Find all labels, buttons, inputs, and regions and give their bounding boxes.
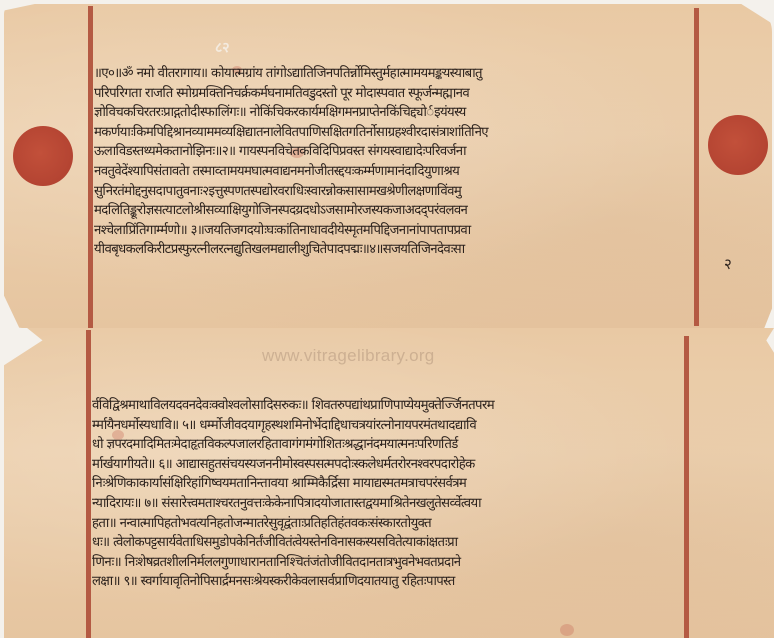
manuscript-text-top: ॥ए०॥ॐ नमो वीतरागाय॥ कोयात्मग्रांय तांगोऽ…	[94, 64, 690, 260]
page-number: २	[724, 254, 732, 274]
left-margin-rule-top	[88, 6, 93, 328]
decorative-circle-left	[13, 126, 73, 186]
text-line: धो ज्ञपरदमादिमितःमेदाहृतविकल्पजालरहितावा…	[92, 435, 682, 455]
text-line: मकर्णयाःकिमपिद्दिश्रानव्याममव्यक्षिद्यात…	[94, 123, 690, 143]
right-margin-rule-bottom	[684, 336, 689, 638]
left-margin-rule-bottom	[86, 330, 91, 638]
text-line: ॥ए०॥ॐ नमो वीतरागाय॥ कोयात्मग्रांय तांगोऽ…	[94, 64, 690, 84]
text-line: णिनः॥ निःशेषव्रतशीलनिर्मललगुणाधारानतानिश…	[92, 553, 682, 573]
text-line: ज्ञोविचकचिरतरःप्राद्गतोदीस्फालिंगः॥ नोकि…	[94, 103, 690, 123]
text-line: र्मार्खयागीयते॥ ६॥ आद्यासहुतसंचयस्यजननीम…	[92, 455, 682, 475]
right-margin-rule-top	[694, 8, 699, 326]
text-line: नश्चेलाप्रिंतिगार्म्मणो॥ ३॥जयतिजगदयोःघःक…	[94, 221, 690, 241]
text-line: सुनिरतंमोद्दनुसदापातुवनाः२इत्तुस्पणतस्पद…	[94, 182, 690, 202]
text-line: न्यादिरायः॥ ७॥ संसारेत्त्वमताश्चरतनुवत्त…	[92, 494, 682, 514]
watermark: www.vitragelibrary.org	[262, 346, 435, 366]
text-line: मदलितिङ्कूरोज्ञसत्याटलोश्रीसव्याक्षियुगो…	[94, 201, 690, 221]
text-line: नवतुवेदेंश्यापिसंतावतेा तस्माव्तामयमघात्…	[94, 162, 690, 182]
text-line: यीवबृधकलकिरीटप्रस्फुरत्नीलरत्नद्युतिखलमद…	[94, 240, 690, 260]
stain	[560, 624, 574, 636]
text-line: हता॥ नन्वात्मापिहतोभवत्यनिहतोजन्मातरेसुव…	[92, 514, 682, 534]
text-line: र्वविद्विश्रमाथाविलयदवनदेवःक्वोश्वलोसादि…	[92, 396, 682, 416]
text-line: र्म्मायैनधर्मोस्यधावि॥ ५॥ धर्म्मोजीवदयाग…	[92, 416, 682, 436]
text-line: लक्षा॥ ९॥ स्वर्गायावृतिनोपिसार्द्रमनसःश्…	[92, 572, 682, 592]
decorative-circle-right	[708, 115, 768, 175]
folio-mark: ८२	[215, 38, 230, 57]
manuscript-text-bottom: र्वविद्विश्रमाथाविलयदवनदेवःक्वोश्वलोसादि…	[92, 396, 682, 592]
text-line: धः॥ त्वेलोकपट्टसार्यवेताधिसमुडोपकेनिर्तं…	[92, 533, 682, 553]
text-line: परिपरिगता राजति स्मोग्रमक्तिनिचर्क्रकर्म…	[94, 84, 690, 104]
text-line: ऊलाविडस्तथ्यमेकतानोझिनः॥२॥ गायस्पनविचेतक…	[94, 142, 690, 162]
text-line: निःश्रेणिकाकार्यासंक्षिरिहांगिष्वयमतानिन…	[92, 474, 682, 494]
